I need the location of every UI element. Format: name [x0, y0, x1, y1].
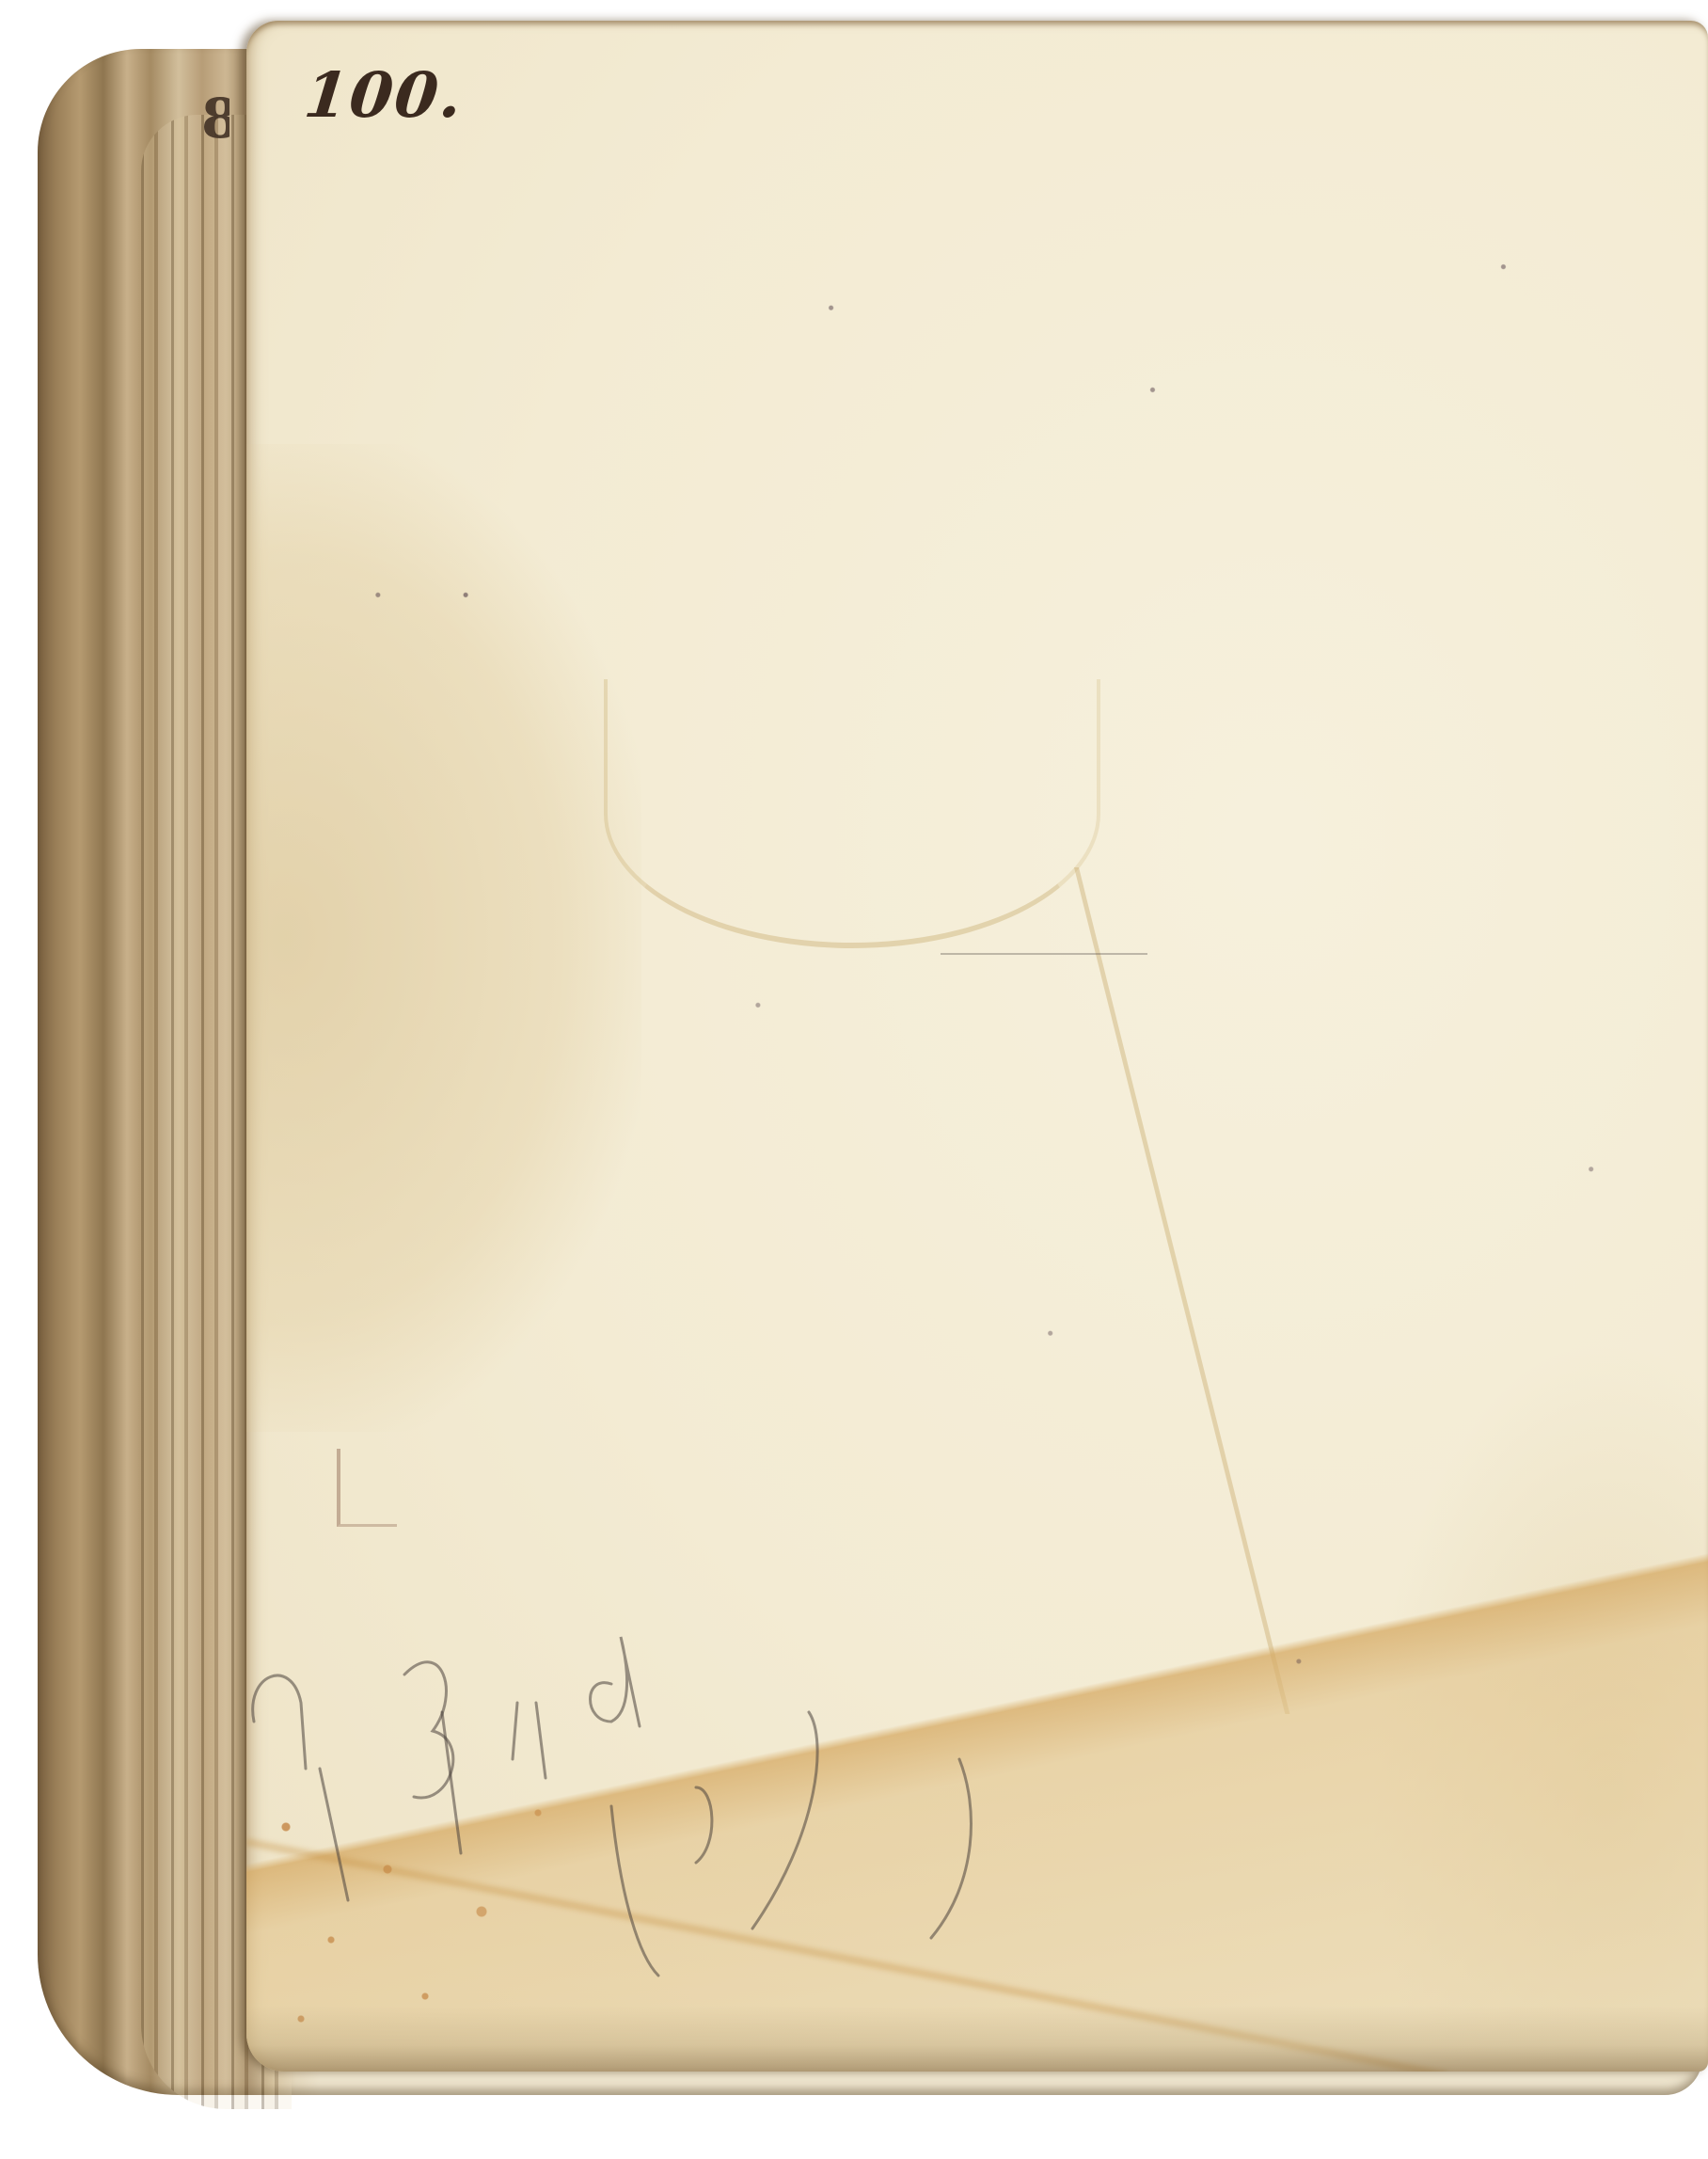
- underlying-page-numeral-fragment: 8: [201, 87, 229, 151]
- water-stain-upper-middle: [604, 679, 1100, 948]
- pencil-mark-l: [337, 1449, 397, 1527]
- water-stain-left: [246, 444, 641, 1432]
- page-number: 100.: [301, 58, 467, 132]
- scanned-book-page: 8 100.: [0, 0, 1708, 2159]
- faint-ink-line: [941, 953, 1147, 955]
- water-stain-tide-line: [1074, 867, 1666, 1714]
- bottom-edge-wear: [246, 2006, 1708, 2072]
